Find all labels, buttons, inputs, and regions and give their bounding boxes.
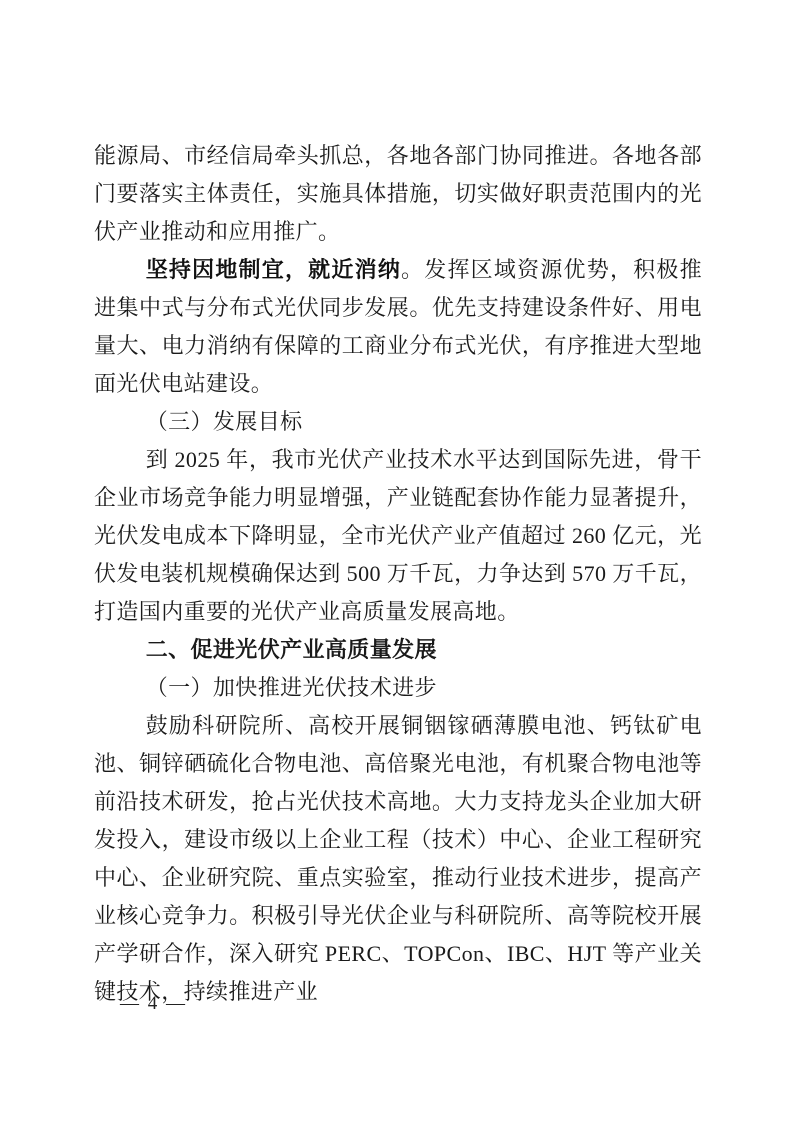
paragraph-responsibility-continuation: 能源局、市经信局牵头抓总，各地各部门协同推进。各地各部门要落实主体责任，实施具体…: [94, 137, 702, 251]
paragraph-local-adaptation: 坚持因地制宜，就近消纳。发挥区域资源优势，积极推进集中式与分布式光伏同步发展。优…: [94, 251, 702, 403]
document-body: 能源局、市经信局牵头抓总，各地各部门协同推进。各地各部门要落实主体责任，实施具体…: [94, 137, 702, 1011]
heading-development-goals: （三）发展目标: [94, 403, 702, 441]
bold-lead-phrase: 坚持因地制宜，就近消纳: [146, 257, 401, 282]
page-number: — 4 —: [120, 993, 187, 1015]
paragraph-tech-research: 鼓励科研院所、高校开展铜铟镓硒薄膜电池、钙钛矿电池、铜锌硒硫化合物电池、高倍聚光…: [94, 707, 702, 1011]
heading-tech-progress: （一）加快推进光伏技术进步: [94, 669, 702, 707]
document-page: 能源局、市经信局牵头抓总，各地各部门协同推进。各地各部门要落实主体责任，实施具体…: [0, 0, 794, 1123]
heading-section-two: 二、促进光伏产业高质量发展: [94, 631, 702, 669]
paragraph-2025-goals: 到 2025 年，我市光伏产业技术水平达到国际先进，骨干企业市场竞争能力明显增强…: [94, 441, 702, 631]
